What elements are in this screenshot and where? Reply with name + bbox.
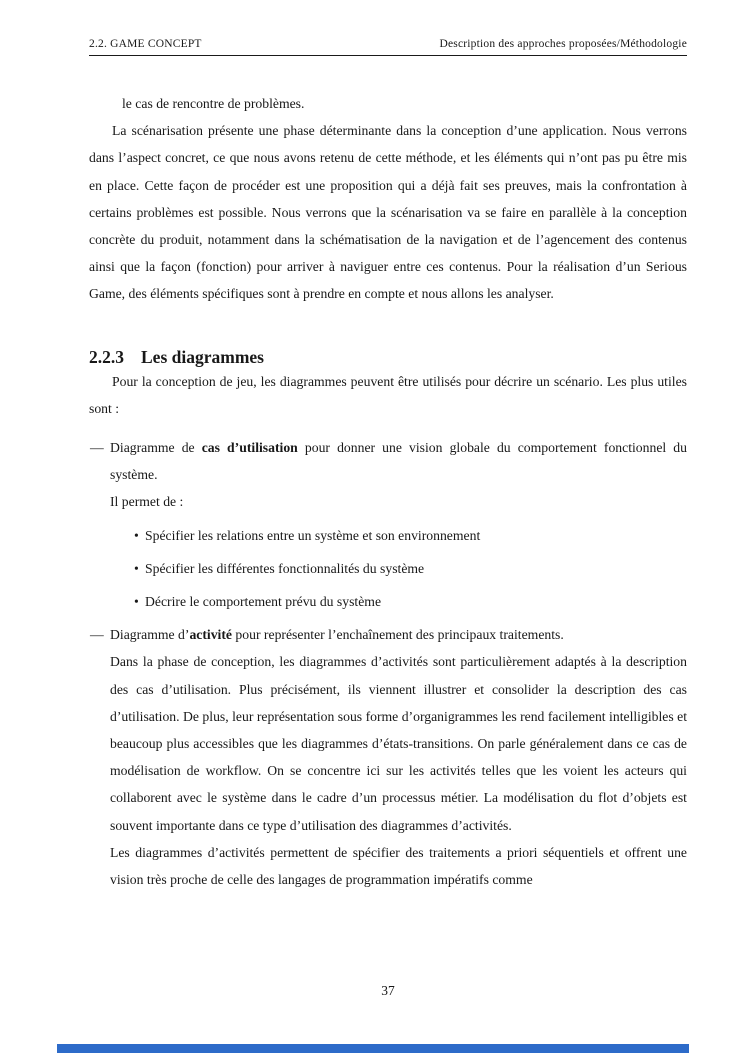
bullet-marker: • [134, 588, 139, 615]
item1-bullet-list: •Spécifier les relations entre un systèm… [110, 522, 687, 616]
item2-post: pour représenter l’enchaînement des prin… [232, 627, 564, 642]
running-header-section: 2.2. GAME CONCEPT [89, 38, 202, 50]
continuation-line: le cas de rencontre de problèmes. [89, 90, 687, 117]
list-item-text: Diagramme d’activité pour représenter l’… [110, 621, 687, 648]
section-heading: 2.2.3Les diagrammes [89, 346, 687, 368]
document-page: 2.2. GAME CONCEPT Description des approc… [0, 0, 745, 1053]
list-item-text: Diagramme de cas d’utilisation pour donn… [110, 434, 687, 488]
bullet-text: Spécifier les relations entre un système… [145, 528, 480, 543]
running-header-title: Description des approches proposées/Méth… [439, 38, 687, 50]
list-item-cas-utilisation: — Diagramme de cas d’utilisation pour do… [89, 434, 687, 615]
bullet-text: Spécifier les différentes fonctionnalité… [145, 561, 424, 576]
bullet-item: •Spécifier les différentes fonctionnalit… [110, 555, 687, 582]
list-item-activite: — Diagramme d’activité pour représenter … [89, 621, 687, 893]
bullet-item: •Décrire le comportement prévu du systèm… [110, 588, 687, 615]
item1-pre: Diagramme de [110, 440, 202, 455]
bullet-text: Décrire le comportement prévu du système [145, 594, 381, 609]
next-page-blue-strip [57, 1044, 689, 1053]
item2-paragraph-1: Dans la phase de conception, les diagram… [110, 648, 687, 838]
paragraph-diagrammes-intro: Pour la conception de jeu, les diagramme… [89, 368, 687, 422]
item2-bold-term: activité [189, 627, 232, 642]
item2-paragraph-2: Les diagrammes d’activités permettent de… [110, 839, 687, 893]
text-block: 2.2. GAME CONCEPT Description des approc… [89, 38, 687, 893]
bullet-marker: • [134, 522, 139, 549]
section-number: 2.2.3 [89, 347, 124, 367]
bullet-marker: • [134, 555, 139, 582]
page-number: 37 [89, 983, 687, 999]
diagram-list: — Diagramme de cas d’utilisation pour do… [89, 434, 687, 893]
dash-marker: — [90, 621, 104, 648]
item2-pre: Diagramme d’ [110, 627, 189, 642]
item1-sub-intro: Il permet de : [110, 488, 687, 515]
paragraph-scenarisation: La scénarisation présente une phase déte… [89, 117, 687, 307]
bullet-item: •Spécifier les relations entre un systèm… [110, 522, 687, 549]
item1-bold-term: cas d’utilisation [202, 440, 298, 455]
running-header: 2.2. GAME CONCEPT Description des approc… [89, 38, 687, 56]
dash-marker: — [90, 434, 104, 461]
section-title: Les diagrammes [141, 347, 264, 367]
